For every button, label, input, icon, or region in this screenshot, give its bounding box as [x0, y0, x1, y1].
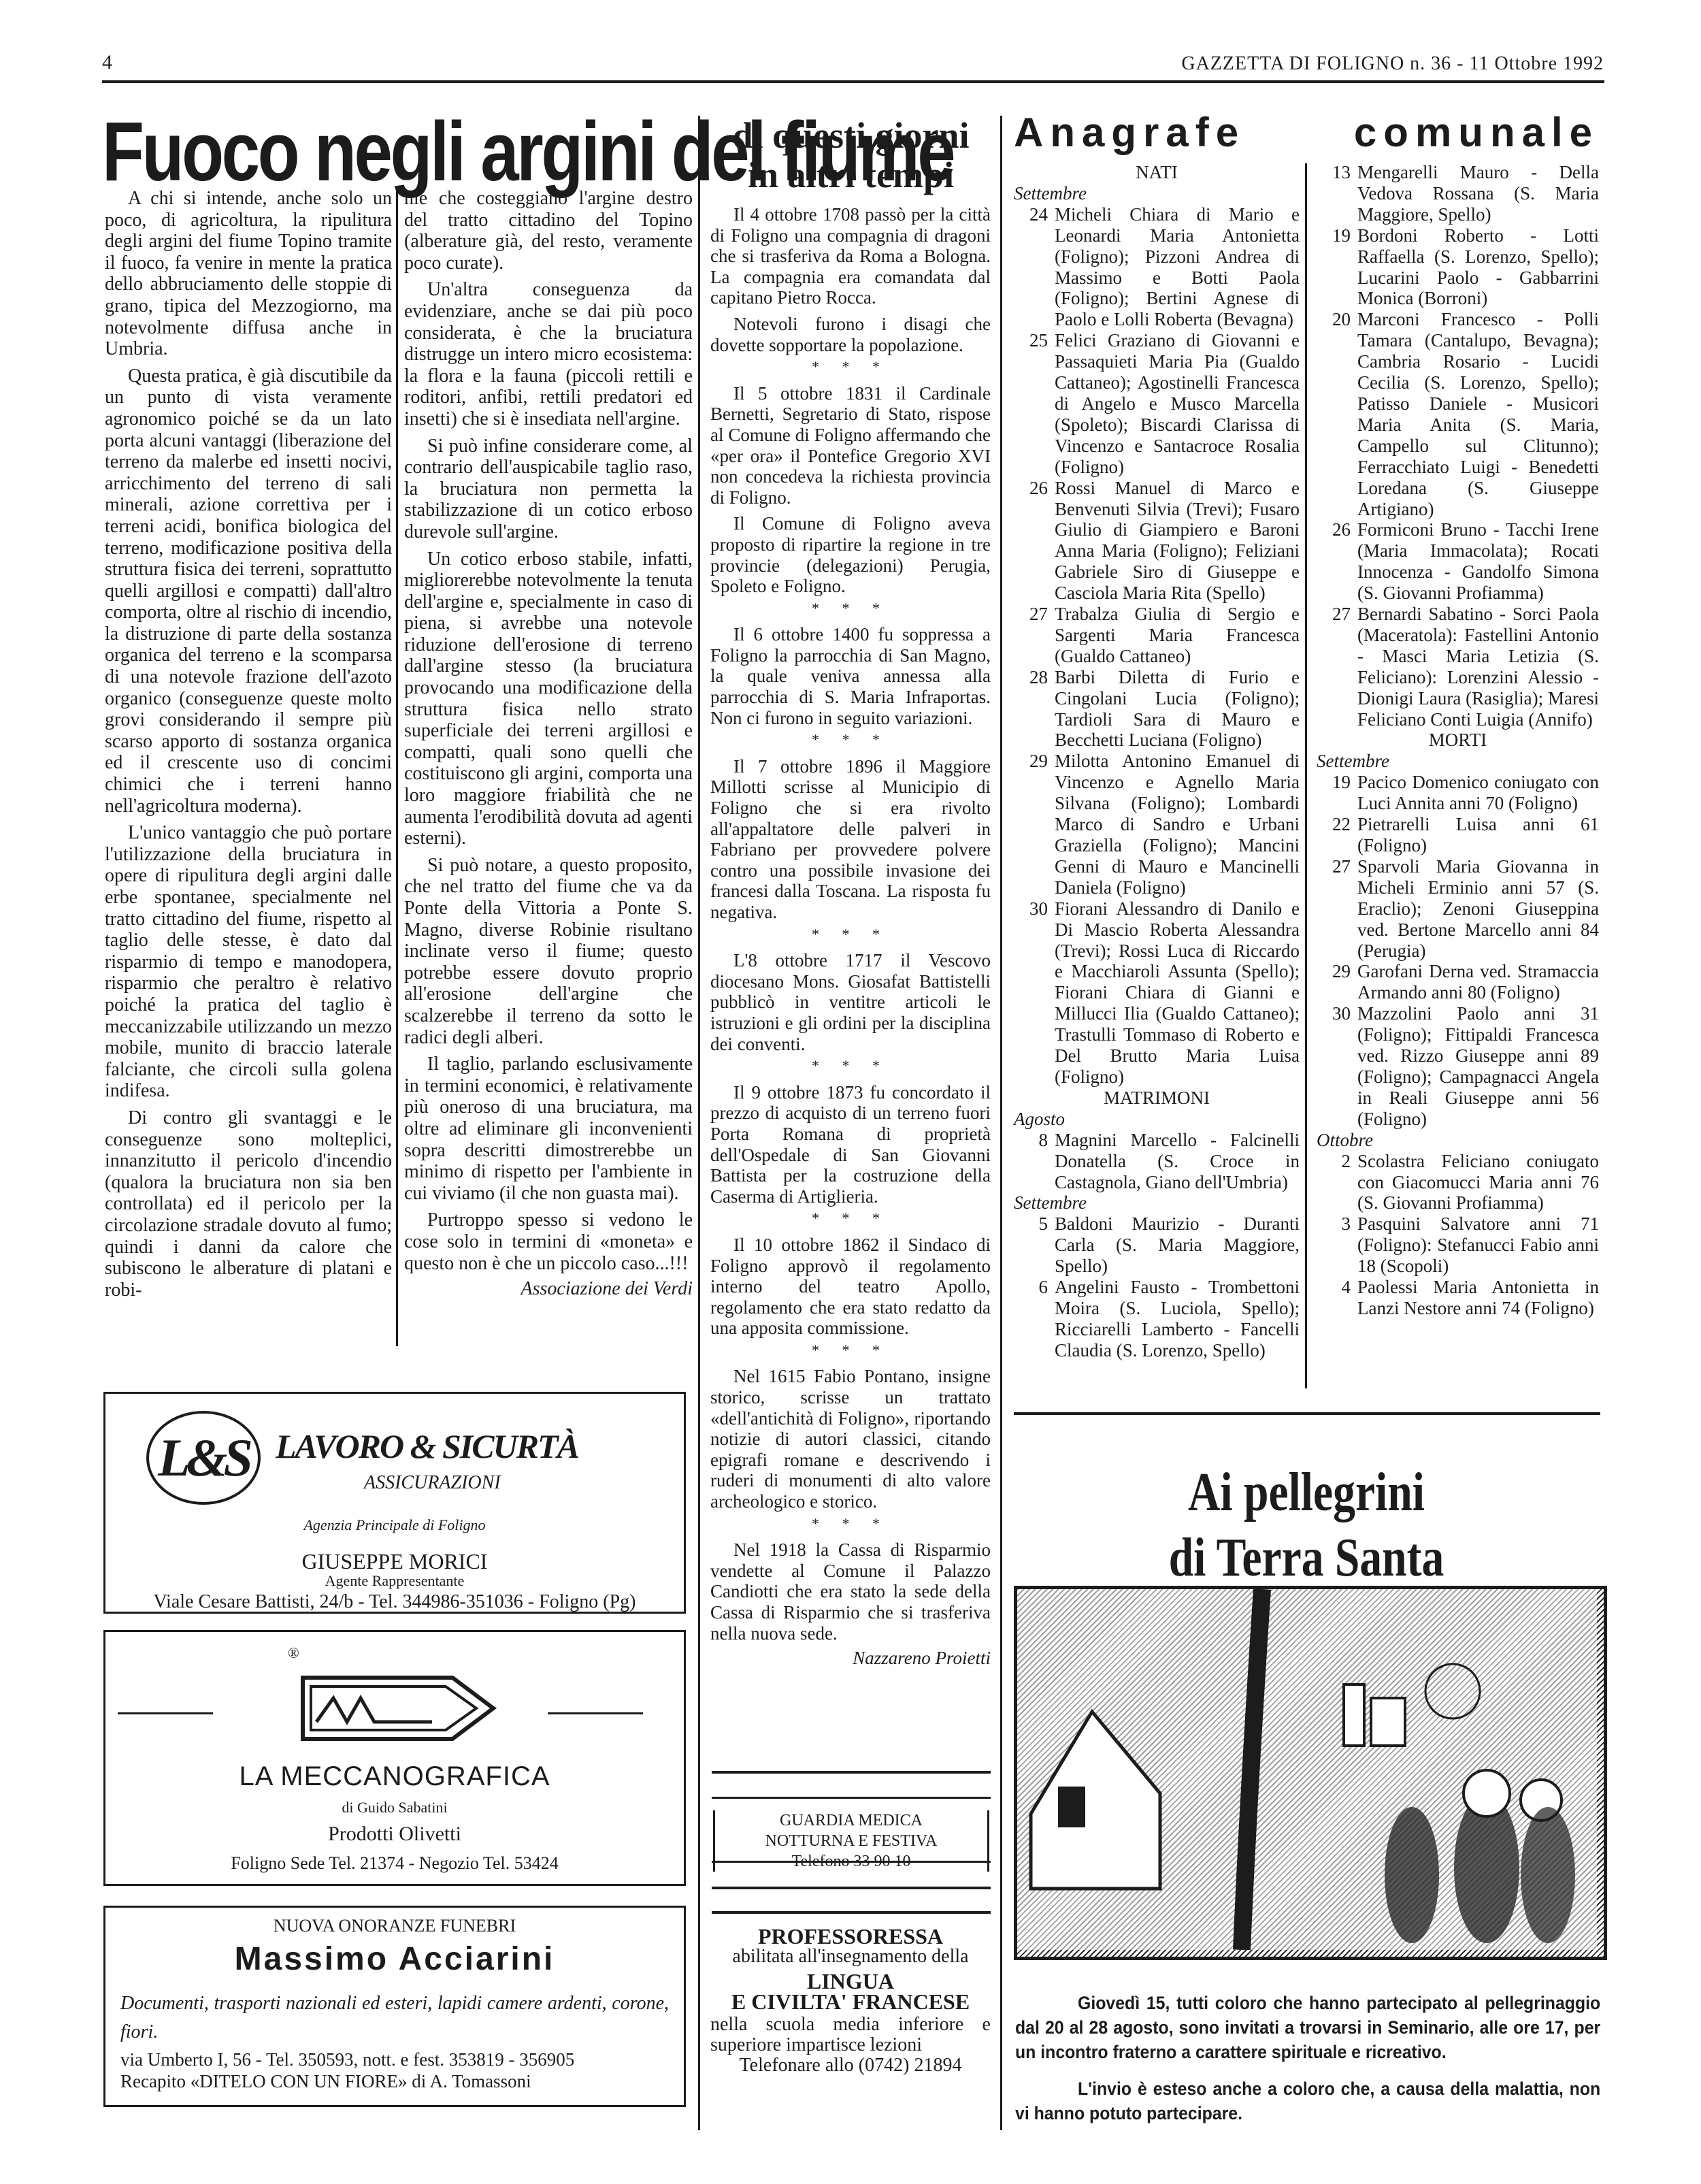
- masthead: GAZZETTA DI FOLIGNO n. 36 - 11 Ottobre 1…: [1181, 53, 1604, 75]
- column-divider: [396, 189, 398, 1346]
- ad-line: abilitata all'insegnamento della: [710, 1946, 991, 1967]
- box-rule: [712, 1861, 991, 1863]
- paragraph: Il 7 ottobre 1896 il Maggiore Millotti s…: [710, 756, 991, 923]
- separator: * * *: [710, 1514, 991, 1535]
- ad-address: via Umberto I, 56 - Tel. 350593, nott. e…: [120, 2049, 669, 2070]
- paragraph: Il 9 ottobre 1873 fu concordato il prezz…: [710, 1082, 991, 1207]
- anagrafe-headline: Anagrafe comunale: [1014, 109, 1599, 156]
- registry-entry: 3Pasquini Salvatore anni 71 (Foligno): S…: [1317, 1213, 1599, 1277]
- article-fuoco-headline: Fuoco negli argini del fiume: [102, 109, 612, 195]
- month-label: Ottobre: [1317, 1130, 1599, 1151]
- anagrafe-left-column: NATI Settembre 24Micheli Chiara di Mario…: [1014, 162, 1300, 1361]
- article-signature: Nazzareno Proietti: [710, 1648, 991, 1669]
- headline-line: Ai pellegrini: [1066, 1460, 1546, 1525]
- separator: * * *: [710, 1340, 991, 1361]
- paragraph: L'8 ottobre 1717 il Vescovo diocesano Mo…: [710, 950, 991, 1054]
- ad-meccanografica: ® LA MECCANOGRAFICA di Guido Sabatini Pr…: [103, 1630, 686, 1886]
- registry-entry: 27Trabalza Giulia di Sergio e Sargenti M…: [1014, 604, 1300, 667]
- article-fuoco-column-1: A chi si intende, anche solo un poco, di…: [105, 188, 392, 1301]
- paragraph: nie che costeggiano l'argine destro del …: [404, 188, 693, 274]
- registry-entry: 22Pietrarelli Luisa anni 61 (Foligno): [1317, 814, 1599, 856]
- article-giorni-headline: di questi giorni in altri tempi: [713, 116, 989, 195]
- ad-owner: di Guido Sabatini: [105, 1799, 684, 1816]
- paragraph: Nel 1918 la Cassa di Risparmio vendette …: [710, 1539, 991, 1644]
- registry-entry: 4Paolessi Maria Antonietta in Lanzi Nest…: [1317, 1277, 1599, 1319]
- headline-line: di Terra Santa: [1066, 1525, 1546, 1591]
- paragraph: Il 4 ottobre 1708 passò per la città di …: [710, 204, 991, 308]
- ad-recapito: Recapito «DITELO CON UN FIORE» di A. Tom…: [120, 2071, 669, 2092]
- ad-line: nella scuola media inferiore e superiore…: [710, 2015, 991, 2055]
- paragraph: Nel 1615 Fabio Pontano, insigne storico,…: [710, 1366, 991, 1512]
- registry-entry: 29Milotta Antonino Emanuel di Vincenzo e…: [1014, 751, 1300, 898]
- meccanografica-logo-icon: [296, 1674, 500, 1742]
- headline-line: in altri tempi: [713, 155, 989, 195]
- paragraph: Un cotico erboso stabile, infatti, migli…: [404, 549, 693, 849]
- registry-entry: 30Fiorani Alessandro di Danilo e Di Masc…: [1014, 898, 1300, 1088]
- guardia-line: NOTTURNA E FESTIVA: [715, 1831, 987, 1851]
- paragraph: Giovedì 15, tutti coloro che hanno parte…: [1015, 1991, 1600, 2064]
- paragraph: Il 5 ottobre 1831 il Cardinale Bernetti,…: [710, 383, 991, 508]
- ad-phones: Foligno Sede Tel. 21374 - Negozio Tel. 5…: [105, 1853, 684, 1874]
- paragraph: Il taglio, parlando esclusivamente in te…: [404, 1054, 693, 1204]
- page-number: 4: [102, 51, 112, 74]
- paragraph: Purtroppo spesso si vedono le cose solo …: [404, 1209, 693, 1274]
- paragraph: Questa pratica, è già discutibile da un …: [105, 365, 392, 817]
- month-label: Settembre: [1014, 1192, 1300, 1213]
- box-rule: [712, 1797, 991, 1799]
- logo-rule: [118, 1712, 213, 1714]
- anagrafe-right-column: 13Mengarelli Mauro - Della Vedova Rossan…: [1317, 162, 1599, 1319]
- ad-agent-role: Agente Rappresentante: [105, 1572, 684, 1590]
- registry-entry: 27Bernardi Sabatino - Sorci Paola (Macer…: [1317, 604, 1599, 730]
- woodcut-pilgrims-image: [1014, 1586, 1607, 1960]
- headline-line: di questi giorni: [713, 116, 989, 155]
- ad-subject: E CIVILTA' FRANCESE: [710, 1991, 991, 2012]
- ad-products: Prodotti Olivetti: [105, 1823, 684, 1846]
- ad-phone: Telefonare allo (0742) 21894: [710, 2055, 991, 2076]
- registry-entry: 28Barbi Diletta di Furio e Cingolani Luc…: [1014, 667, 1300, 751]
- column-divider: [1305, 163, 1307, 1388]
- pellegrini-headline: Ai pellegrini di Terra Santa: [1066, 1460, 1546, 1591]
- section-rule: [712, 1911, 991, 1914]
- separator: * * *: [710, 924, 991, 945]
- headline-word: Anagrafe: [1014, 109, 1245, 156]
- ad-brand-name: LA MECCANOGRAFICA: [105, 1761, 684, 1792]
- month-label: Agosto: [1014, 1109, 1300, 1130]
- separator: * * *: [710, 1056, 991, 1077]
- registry-entry: 8Magnini Marcello - Falcinelli Donatella…: [1014, 1130, 1300, 1193]
- article-giorni-body: Il 4 ottobre 1708 passò per la città di …: [710, 204, 991, 1669]
- paragraph: Di contro gli svantaggi e le conseguenze…: [105, 1107, 392, 1301]
- article-fuoco-column-2: nie che costeggiano l'argine destro del …: [404, 188, 693, 1300]
- ad-brand-name: LAVORO & SICURTÀ: [276, 1427, 578, 1466]
- paragraph: Un'altra conseguenza da evidenziare, anc…: [404, 279, 693, 429]
- ad-subject: LINGUA: [710, 1971, 991, 1991]
- registry-entry: 19Bordoni Roberto - Lotti Raffaella (S. …: [1317, 225, 1599, 310]
- header-rule: [102, 80, 1604, 83]
- separator: * * *: [710, 730, 991, 751]
- article-signature: Associazione dei Verdi: [404, 1278, 693, 1300]
- registry-entry: 26Rossi Manuel di Marco e Benvenuti Silv…: [1014, 478, 1300, 604]
- ad-address: Viale Cesare Battisti, 24/b - Tel. 34498…: [105, 1591, 684, 1613]
- ad-onoranze-funebri: NUOVA ONORANZE FUNEBRI Massimo Acciarini…: [103, 1906, 686, 2107]
- professoressa-ad: PROFESSORESSA abilitata all'insegnamento…: [710, 1926, 991, 2076]
- logo-rule: [548, 1712, 643, 1714]
- registry-entry: 13Mengarelli Mauro - Della Vedova Rossan…: [1317, 162, 1599, 225]
- ad-agent-name: GIUSEPPE MORICI: [105, 1549, 684, 1574]
- paragraph: Il Comune di Foligno aveva proposto di r…: [710, 513, 991, 596]
- month-label: Settembre: [1317, 751, 1599, 772]
- registered-mark-icon: ®: [288, 1644, 299, 1662]
- registry-entry: 29Garofani Derna ved. Stramaccia Armando…: [1317, 961, 1599, 1003]
- registry-entry: 20Marconi Francesco - Polli Tamara (Cant…: [1317, 309, 1599, 519]
- ad-brand-name: Massimo Acciarini: [105, 1940, 684, 1978]
- section-rule: [1014, 1412, 1600, 1415]
- registry-entry: 27Sparvoli Maria Giovanna in Micheli Erm…: [1317, 856, 1599, 962]
- ls-logo-icon: L&S: [146, 1411, 261, 1505]
- registry-entry: 25Felici Graziano di Giovanni e Passaqui…: [1014, 330, 1300, 477]
- registry-entry: 2Scolastra Feliciano coniugato con Giaco…: [1317, 1151, 1599, 1214]
- paragraph: Si può notare, a questo proposito, che n…: [404, 855, 693, 1048]
- paragraph: Il 6 ottobre 1400 fu soppressa a Foligno…: [710, 624, 991, 728]
- month-label: Settembre: [1014, 183, 1300, 204]
- pellegrini-body: Giovedì 15, tutti coloro che hanno parte…: [1015, 1991, 1600, 2125]
- section-rule: [712, 1887, 991, 1889]
- paragraph: L'unico vantaggio che può portare l'util…: [105, 822, 392, 1102]
- separator: * * *: [710, 598, 991, 619]
- section-rule: [712, 1771, 991, 1774]
- ad-agency: Agenzia Principale di Foligno: [105, 1516, 684, 1534]
- section-nati: NATI: [1014, 162, 1300, 183]
- separator: * * *: [710, 1208, 991, 1229]
- paragraph: A chi si intende, anche solo un poco, di…: [105, 188, 392, 360]
- section-morti: MORTI: [1317, 730, 1599, 751]
- paragraph: Il 10 ottobre 1862 il Sindaco di Foligno…: [710, 1235, 991, 1339]
- paragraph: L'invio è esteso anche a coloro che, a c…: [1015, 2076, 1600, 2125]
- headline-word: comunale: [1354, 109, 1599, 156]
- registry-entry: 26Formiconi Bruno - Tacchi Irene (Maria …: [1317, 519, 1599, 604]
- paragraph: Notevoli furono i disagi che dovette sop…: [710, 314, 991, 355]
- registry-entry: 6Angelini Fausto - Trombettoni Moira (S.…: [1014, 1277, 1300, 1361]
- registry-entry: 30Mazzolini Paolo anni 31 (Foligno); Fit…: [1317, 1003, 1599, 1129]
- column-divider: [1000, 116, 1002, 2130]
- registry-entry: 19Pacico Domenico coniugato con Luci Ann…: [1317, 772, 1599, 814]
- ad-lavoro-sicurta: L&S LAVORO & SICURTÀ ASSICURAZIONI Agenz…: [103, 1392, 686, 1614]
- ad-heading: NUOVA ONORANZE FUNEBRI: [105, 1916, 684, 1936]
- section-matrimoni: MATRIMONI: [1014, 1088, 1300, 1109]
- ad-services: Documenti, trasporti nazionali ed esteri…: [120, 1989, 669, 2047]
- ad-title: PROFESSORESSA: [710, 1926, 991, 1946]
- registry-entry: 5Baldoni Maurizio - Duranti Carla (S. Ma…: [1014, 1213, 1300, 1277]
- column-divider: [698, 116, 700, 2130]
- guardia-line: GUARDIA MEDICA: [715, 1810, 987, 1831]
- ad-subtitle: ASSICURAZIONI: [364, 1472, 501, 1494]
- registry-entry: 24Micheli Chiara di Mario e Leonardi Mar…: [1014, 204, 1300, 330]
- separator: * * *: [710, 357, 991, 378]
- paragraph: Si può infine considerare come, al contr…: [404, 436, 693, 543]
